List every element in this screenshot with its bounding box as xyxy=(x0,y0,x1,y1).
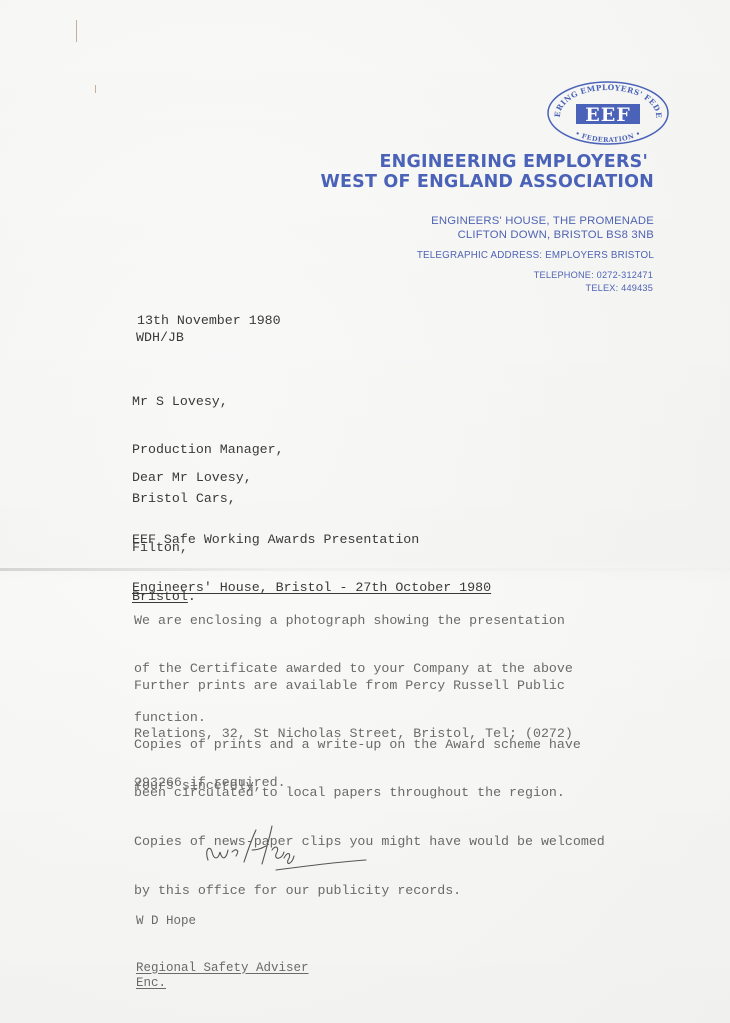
letter-date: 13th November 1980 xyxy=(137,313,281,329)
recipient-line: Production Manager, xyxy=(132,442,284,458)
enclosure-note: Enc. xyxy=(136,975,166,991)
organisation-line2: WEST OF ENGLAND ASSOCIATION xyxy=(236,172,654,192)
telex: TELEX: 449435 xyxy=(534,282,653,295)
salutation: Dear Mr Lovesy, xyxy=(132,470,252,486)
handwritten-signature xyxy=(196,820,376,880)
paragraph-line: Copies of prints and a write-up on the A… xyxy=(134,737,605,753)
address-line2: CLIFTON DOWN, BRISTOL BS8 3NB xyxy=(431,228,654,242)
logo-monogram: EEF xyxy=(585,104,630,126)
telephone: TELEPHONE: 0272-312471 xyxy=(534,269,653,282)
recipient-line: Mr S Lovesy, xyxy=(132,394,284,410)
signatory-name: W D Hope xyxy=(136,914,309,930)
address-line1: ENGINEERS' HOUSE, THE PROMENADE xyxy=(431,214,654,228)
paragraph-line: Further prints are available from Percy … xyxy=(134,678,573,694)
subject-line1: EEF Safe Working Awards Presentation xyxy=(132,532,491,548)
closing: Yours sincerely, xyxy=(134,778,262,794)
eef-logo-icon: ENGINEERING EMPLOYERS' FEDERATION • FEDE… xyxy=(546,80,670,146)
organisation-line1: ENGINEERING EMPLOYERS' xyxy=(236,152,648,172)
organisation-name: ENGINEERING EMPLOYERS' WEST OF ENGLAND A… xyxy=(236,152,656,192)
telegraphic-address: TELEGRAPHIC ADDRESS: EMPLOYERS BRISTOL xyxy=(417,250,654,261)
paper-mark xyxy=(76,20,77,42)
organisation-address: ENGINEERS' HOUSE, THE PROMENADE CLIFTON … xyxy=(431,214,654,242)
signatory-title: Regional Safety Adviser xyxy=(136,961,309,977)
paper-mark xyxy=(95,85,96,93)
letter-reference: WDH/JB xyxy=(136,330,184,346)
paragraph-line: We are enclosing a photograph showing th… xyxy=(134,613,573,629)
contact-numbers: TELEPHONE: 0272-312471 TELEX: 449435 xyxy=(534,269,653,295)
